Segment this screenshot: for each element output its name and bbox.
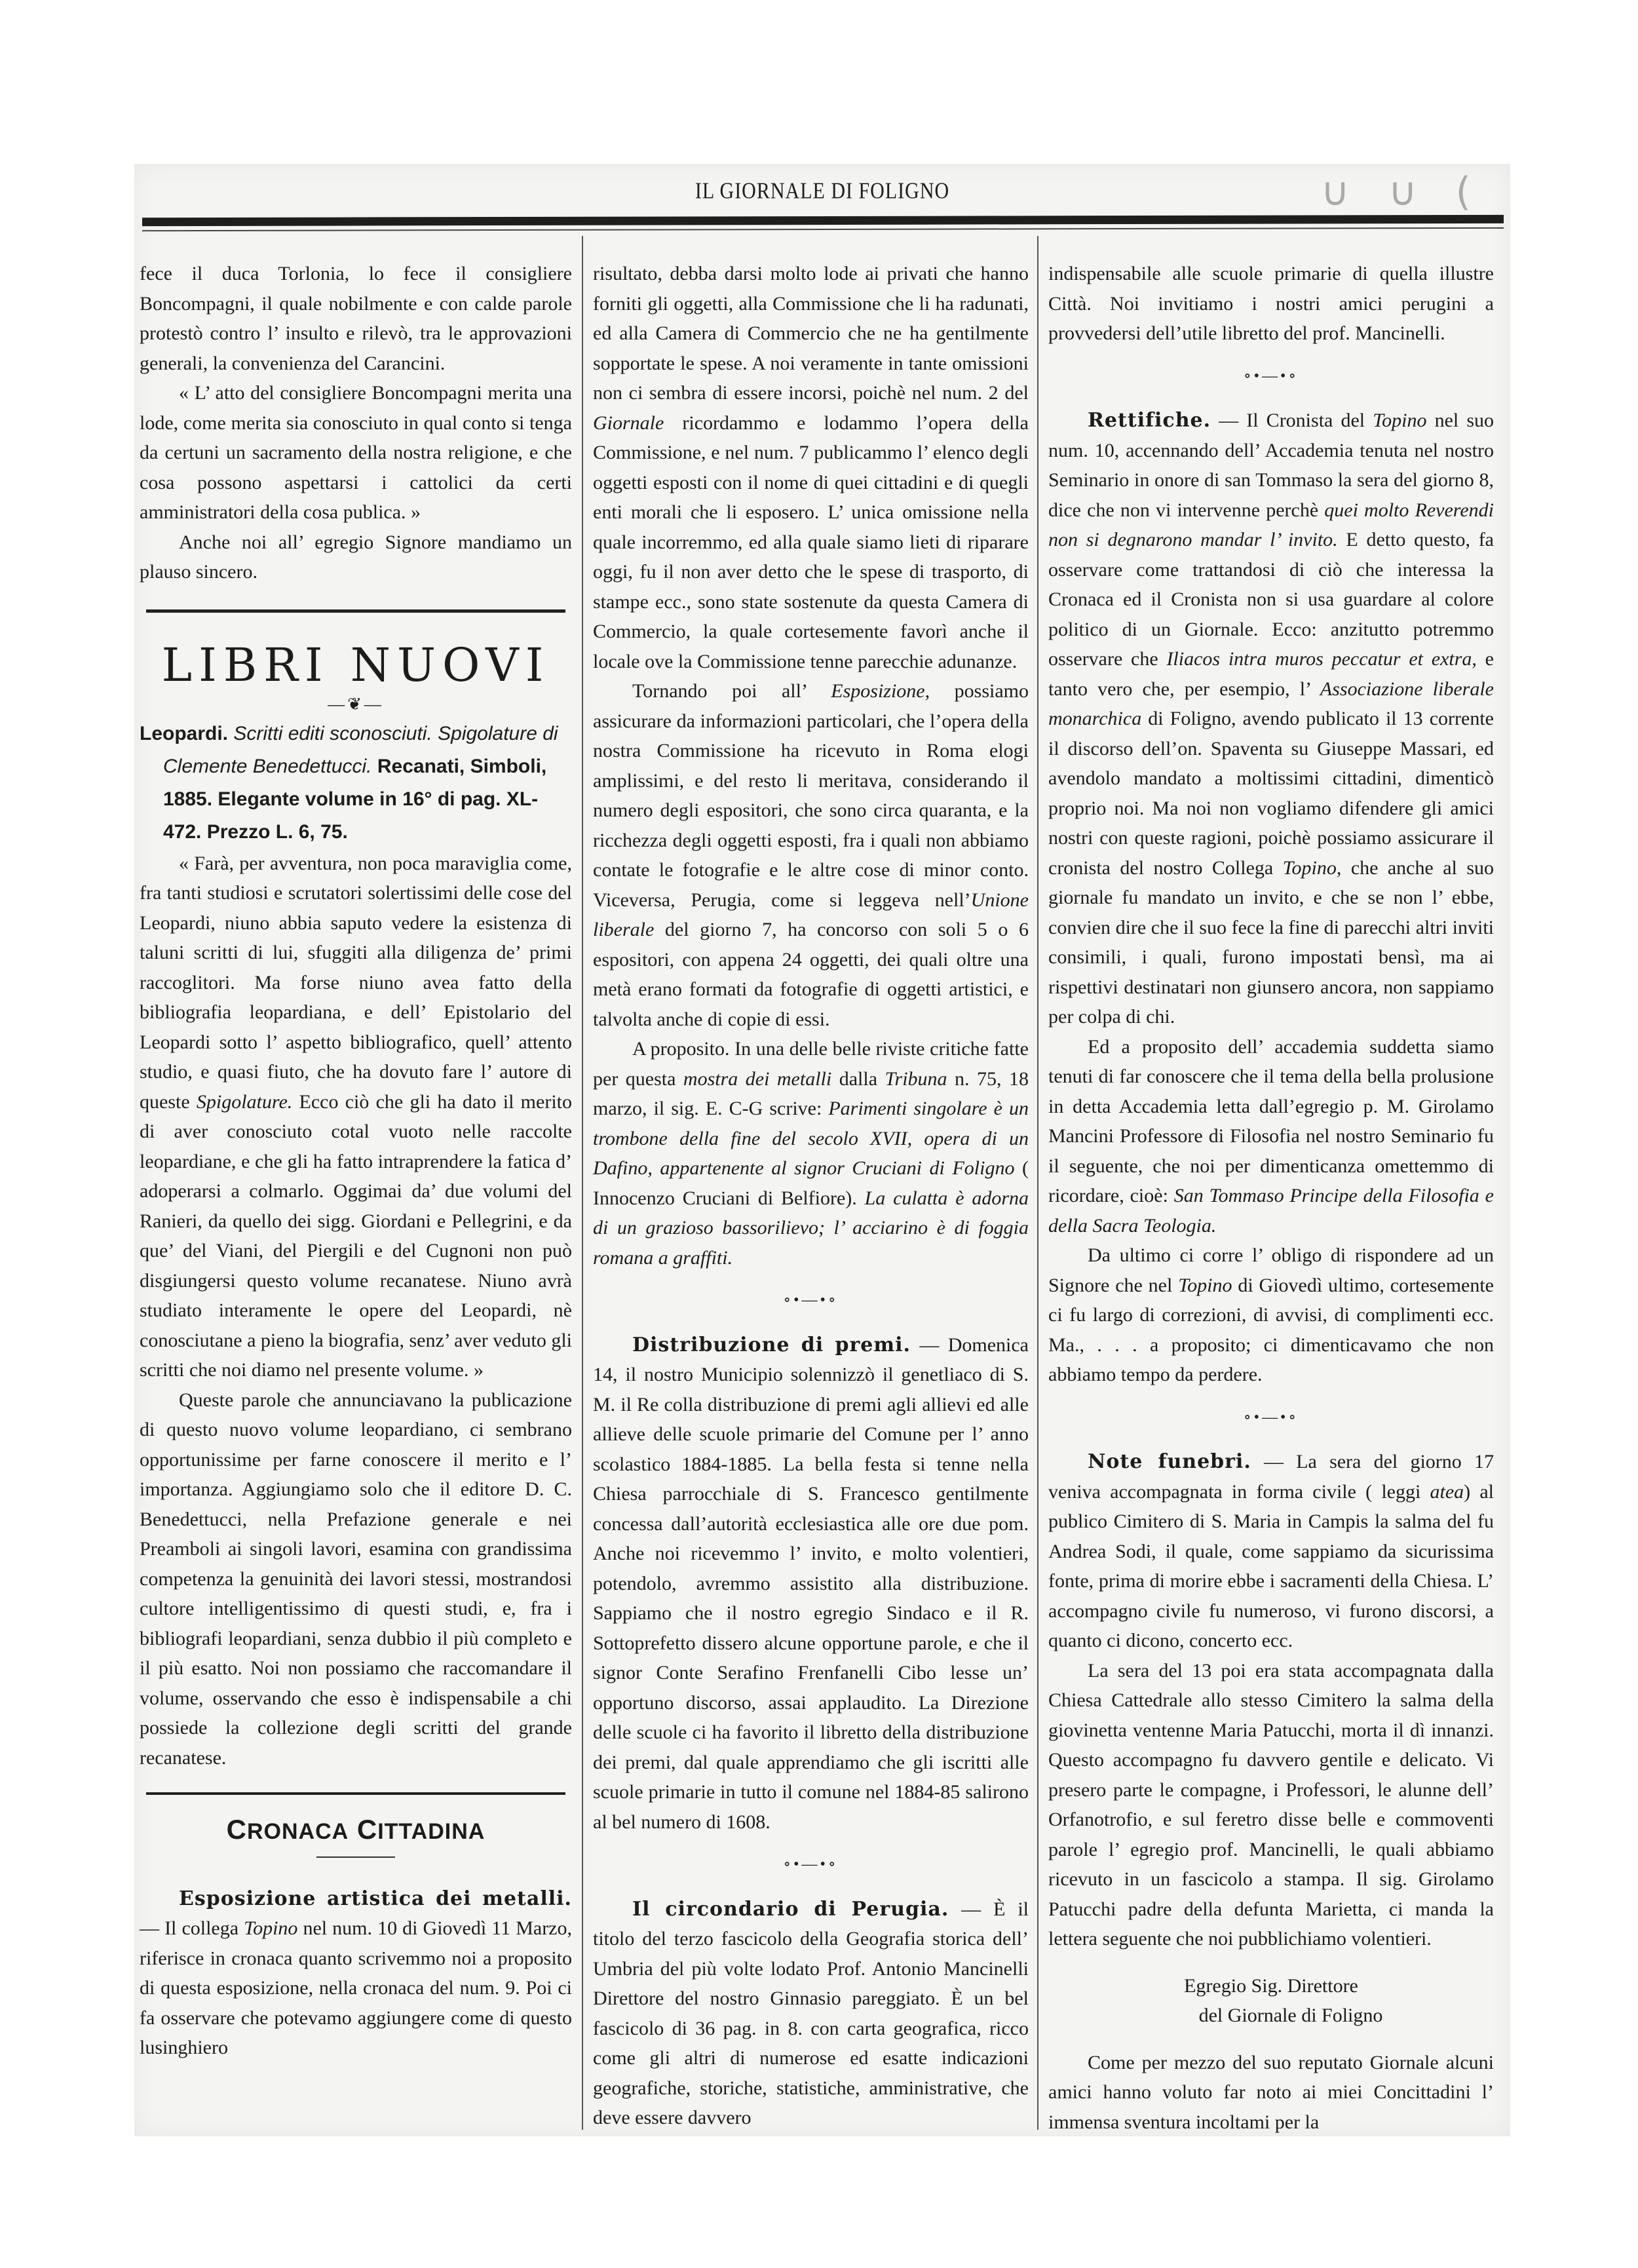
paragraph: A proposito. In una delle belle riviste … (593, 1034, 1029, 1273)
right-column: indispensabile alle scuole primarie di q… (1048, 259, 1494, 2137)
review-quote: « Farà, per avventura, non poca maravigl… (140, 849, 572, 1385)
letter-salutation-line-2: del Giornale di Foligno (1048, 2001, 1494, 2031)
article-title: Esposizione artistica dei metalli. (179, 1887, 572, 1910)
paragraph: Anche noi all’ egregio Signore mandiamo … (140, 528, 572, 587)
article-rettifiche: Rettifiche. — Il Cronista del Topino nel… (1048, 406, 1494, 1032)
article-title: Rettifiche. (1088, 409, 1211, 432)
letter-salutation-line-1: Egregio Sig. Direttore (1048, 1971, 1494, 2001)
article-title: Note funebri. (1088, 1450, 1251, 1473)
article-distribuzione: Distribuzione di premi. — Domenica 14, i… (593, 1330, 1029, 1837)
section-divider (146, 1792, 565, 1795)
letter-paragraph: Come per mezzo del suo reputato Giornale… (1048, 2048, 1494, 2138)
quote-paragraph: « L’ atto del consigliere Boncompagni me… (140, 378, 572, 528)
ornament-separator: ∘•—•∘ (1048, 362, 1494, 392)
article-continuation: fece il duca Torlonia, lo fece il consig… (140, 259, 572, 378)
masthead-rule-thick (142, 215, 1504, 226)
left-column: fece il duca Torlonia, lo fece il consig… (140, 259, 572, 2063)
article-continuation: indispensabile alle scuole primarie di q… (1048, 259, 1494, 349)
article-note-funebri: Note funebri. — La sera del giorno 17 ve… (1048, 1447, 1494, 1656)
article-esposizione: Esposizione artistica dei metalli. — Il … (140, 1884, 572, 2063)
bibliographic-entry: Leopardi. Scritti editi sconosciuti. Spi… (140, 718, 572, 849)
masthead-rule-thin (142, 227, 1504, 231)
column-divider-1 (582, 236, 583, 2130)
column-divider-2 (1037, 236, 1038, 2130)
ornament-flourish: ―❦― (140, 691, 572, 718)
section-divider (146, 609, 565, 613)
article-title: Il circondario di Perugia. (632, 1898, 949, 1921)
masthead-title: IL GIORNALE DI FOLIGNO (134, 178, 1510, 204)
paragraph: Ed a proposito dell’ accademia suddetta … (1048, 1032, 1494, 1241)
paragraph: Da ultimo ci corre l’ obligo di risponde… (1048, 1240, 1494, 1390)
paragraph: La sera del 13 poi era stata accompagnat… (1048, 1656, 1494, 1954)
review-paragraph: Queste parole che annunciavano la public… (140, 1385, 572, 1773)
ornament-separator: ∘•—•∘ (593, 1286, 1029, 1316)
paragraph: Tornando poi all’ Esposizione, possiamo … (593, 676, 1029, 1034)
ornament-separator: ∘•—•∘ (593, 1850, 1029, 1880)
middle-column: risultato, debba darsi molto lode ai pri… (593, 259, 1029, 2133)
section-heading-cronaca-cittadina: CRONACA CITTADINA (140, 1815, 572, 1847)
ornament-separator: ∘•—•∘ (1048, 1403, 1494, 1433)
article-title: Distribuzione di premi. (632, 1334, 911, 1356)
article-circondario: Il circondario di Perugia. — È il titolo… (593, 1894, 1029, 2133)
article-continuation: risultato, debba darsi molto lode ai pri… (593, 259, 1029, 676)
heading-underline (316, 1856, 395, 1858)
newspaper-page: ∪ ∪ ( IL GIORNALE DI FOLIGNO fece il duc… (134, 164, 1510, 2136)
section-heading-libri-nuovi: LIBRI NUOVI (140, 639, 572, 691)
bib-author: Leopardi. (140, 723, 228, 744)
